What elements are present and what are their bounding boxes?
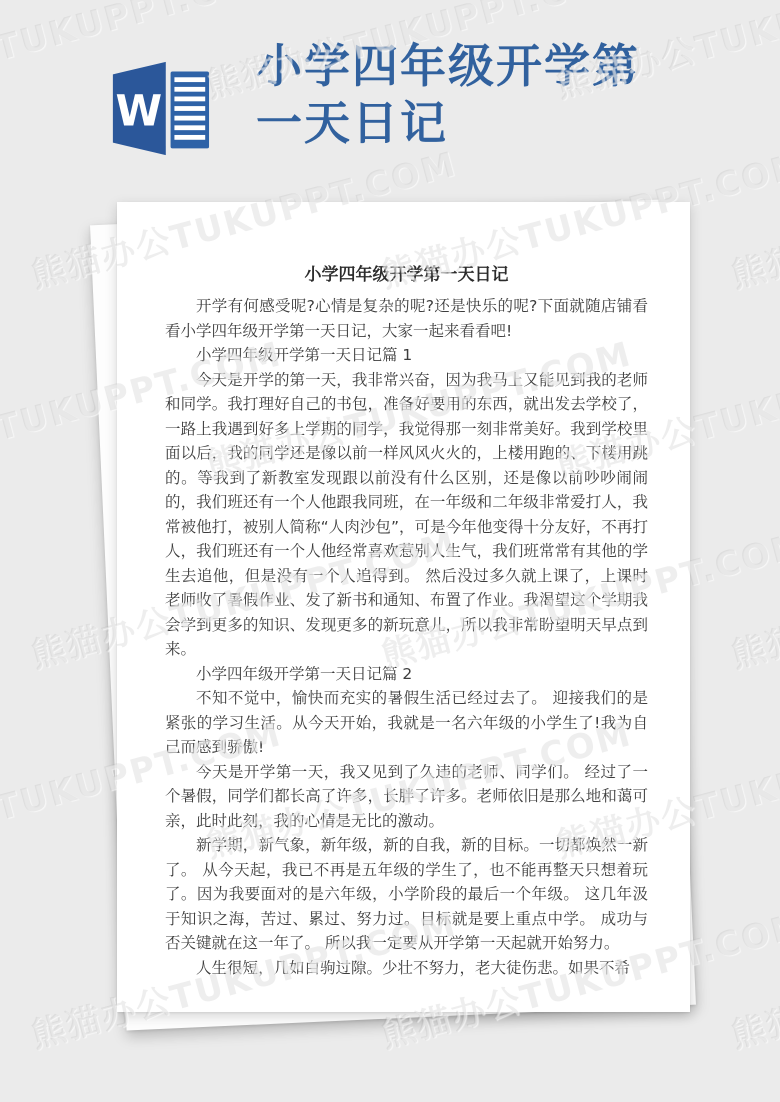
watermark-text: 熊猫办公TUKUPPT.COM <box>725 896 780 1057</box>
word-icon-letter: W <box>116 86 163 135</box>
document-paragraph: 新学期，新气象，新年级，新的自我，新的目标。一切都焕然一新了。 从今天起，我已不… <box>165 833 648 956</box>
header: W 小学四年级开学第一天日记 <box>0 0 780 200</box>
watermark-text: 熊猫办公TUKUPPT.COM <box>725 516 780 677</box>
page-title: 小学四年级开学第一天日记 <box>256 38 656 152</box>
document-paragraph: 开学有何感受呢?心情是复杂的呢?还是快乐的呢?下面就随店铺看看小学四年级开学第一… <box>165 294 648 343</box>
document-paragraph: 人生很短，几如白驹过隙。少壮不努力，老大徒伤悲。如果不希 <box>165 956 648 981</box>
template-preview-page: W 小学四年级开学第一天日记 小学四年级开学第一天日记 开学有何感受呢?心情是复… <box>0 0 780 1102</box>
document-paragraph: 小学四年级开学第一天日记篇 2 <box>165 662 648 687</box>
word-file-icon: W <box>110 56 210 162</box>
document-page: 小学四年级开学第一天日记 开学有何感受呢?心情是复杂的呢?还是快乐的呢?下面就随… <box>117 202 690 1012</box>
document-body: 开学有何感受呢?心情是复杂的呢?还是快乐的呢?下面就随店铺看看小学四年级开学第一… <box>165 294 648 980</box>
document-paragraph: 不知不觉中，愉快而充实的暑假生活已经过去了。 迎接我们的是紧张的学习生活。从今天… <box>165 686 648 760</box>
document-paragraph: 小学四年级开学第一天日记篇 1 <box>165 343 648 368</box>
document-title: 小学四年级开学第一天日记 <box>165 262 648 288</box>
document-paragraph: 今天是开学第一天，我又见到了久违的老师、同学们。 经过了一个暑假，同学们都长高了… <box>165 760 648 834</box>
document-paragraph: 今天是开学的第一天，我非常兴奋，因为我马上又能见到我的老师和同学。我打理好自己的… <box>165 368 648 662</box>
